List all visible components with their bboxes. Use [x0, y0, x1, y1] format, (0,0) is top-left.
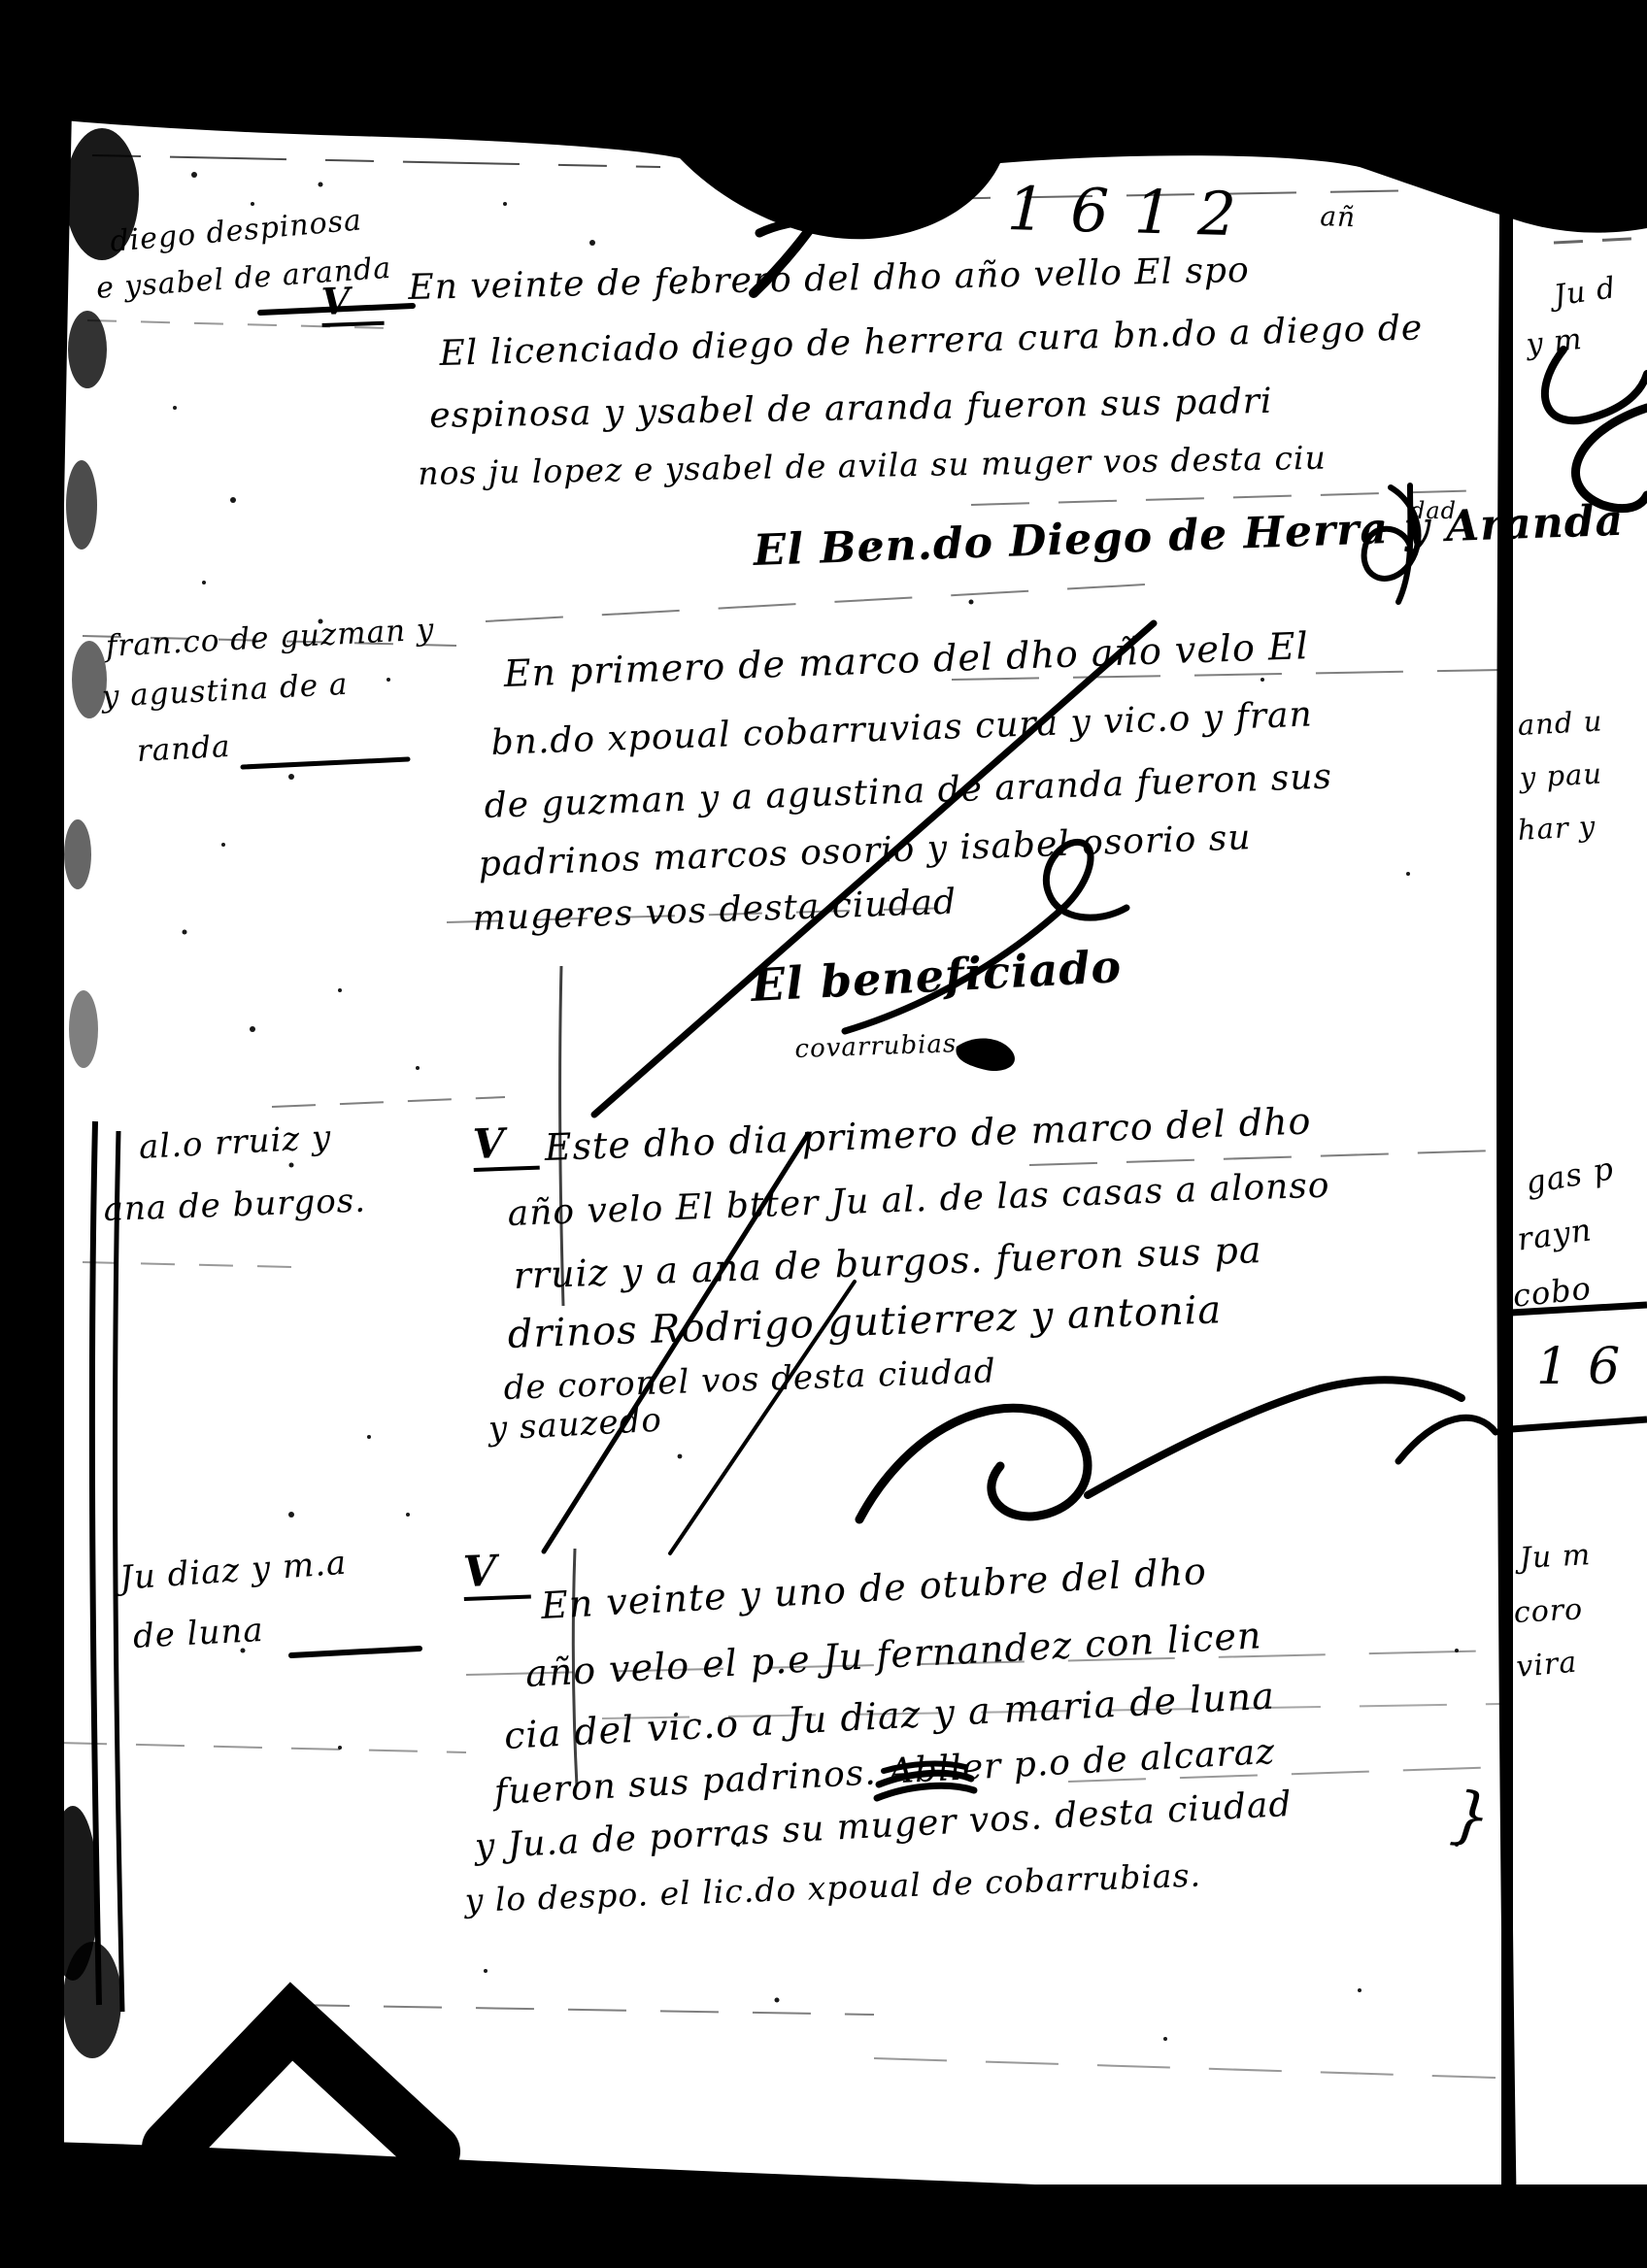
facing-year-fragment: 16: [1536, 1338, 1639, 1396]
binding-gutter-line: [1502, 105, 1511, 2228]
facing-fragment: and u: [1517, 704, 1603, 742]
facing-fragment: vira: [1515, 1646, 1579, 1684]
year-heading-suffix: añ: [1320, 200, 1357, 233]
facing-fragment: y m: [1525, 322, 1584, 362]
left-scan-border: [0, 0, 72, 2151]
facing-fragment: y pau: [1519, 757, 1603, 794]
facing-fragment: har y: [1517, 810, 1597, 847]
entry4-paragraph-mark: V: [462, 1546, 531, 1601]
facing-fragment: Ju m: [1519, 1538, 1592, 1576]
entry4-closing-brace: }: [1447, 1779, 1495, 1854]
entry4-margin-names: de luna: [132, 1611, 265, 1656]
entry2-margin-names: randa: [136, 729, 231, 769]
entry1-paragraph-mark: V: [320, 278, 385, 327]
entry2-signature-line2: covarrubias: [794, 1029, 958, 1064]
entry3-paragraph-mark: V: [472, 1118, 539, 1172]
year-heading: 1612: [1006, 173, 1262, 250]
scanned-manuscript: 1612 añ diego despinosa e ysabel de aran…: [0, 0, 1647, 2268]
facing-fragment: coro: [1513, 1592, 1584, 1630]
